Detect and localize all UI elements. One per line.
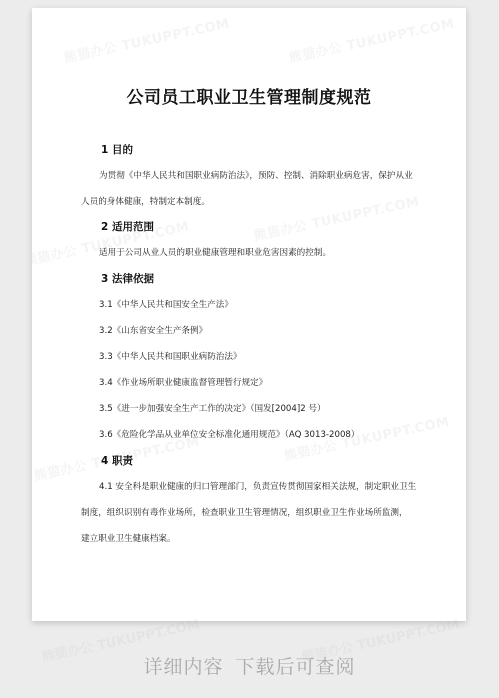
watermark: 熊猫办公 TUKUPPT.COM bbox=[62, 13, 231, 67]
paragraph-line: 为贯彻《中华人民共和国职业病防治法》，预防、控制、消除职业病危害，保护从业 bbox=[99, 169, 413, 181]
list-item: 3.1《中华人民共和国安全生产法》 bbox=[99, 298, 233, 310]
footer-download-hint: 详细内容下载后可查阅 bbox=[0, 652, 499, 679]
section-heading-purpose: 1 目的 bbox=[101, 142, 133, 157]
section-heading-scope: 2 适用范围 bbox=[101, 219, 154, 234]
footer-text-details: 详细内容 bbox=[143, 656, 223, 678]
paragraph-line: 适用于公司从业人员的职业健康管理和职业危害因素的控制。 bbox=[99, 246, 331, 258]
paragraph-line: 制度，组织识别有毒作业场所，检查职业卫生管理情况，组织职业卫生作业场所监测， bbox=[81, 506, 408, 518]
section-heading-responsibilities: 4 职责 bbox=[101, 453, 133, 468]
paragraph-line: 建立职业卫生健康档案。 bbox=[81, 532, 176, 544]
section-heading-legal-basis: 3 法律依据 bbox=[101, 271, 154, 286]
list-item: 3.6《危险化学品从业单位安全标准化通用规范》（AQ 3013-2008） bbox=[99, 428, 360, 440]
list-item: 3.2《山东省安全生产条例》 bbox=[99, 324, 207, 336]
document-title: 公司员工职业卫生管理制度规范 bbox=[32, 83, 466, 108]
paragraph-line: 人员的身体健康，特制定本制度。 bbox=[81, 195, 210, 207]
watermark: 熊猫办公 TUKUPPT.COM bbox=[287, 13, 456, 67]
list-item: 3.3《中华人民共和国职业病防治法》 bbox=[99, 350, 242, 362]
watermark: 熊猫办公 TUKUPPT.COM bbox=[252, 191, 421, 245]
list-item: 3.5《进一步加强安全生产工作的决定》（国发[2004]2 号） bbox=[99, 402, 326, 414]
paragraph-line: 4.1 安全科是职业健康的归口管理部门，负责宣传贯彻国家相关法规，制定职业卫生 bbox=[99, 480, 416, 492]
list-item: 3.4《作业场所职业健康监督管理暂行规定》 bbox=[99, 376, 267, 388]
document-page: 熊猫办公 TUKUPPT.COM 熊猫办公 TUKUPPT.COM 熊猫办公 T… bbox=[32, 8, 466, 621]
footer-text-download: 下载后可查阅 bbox=[236, 656, 356, 678]
